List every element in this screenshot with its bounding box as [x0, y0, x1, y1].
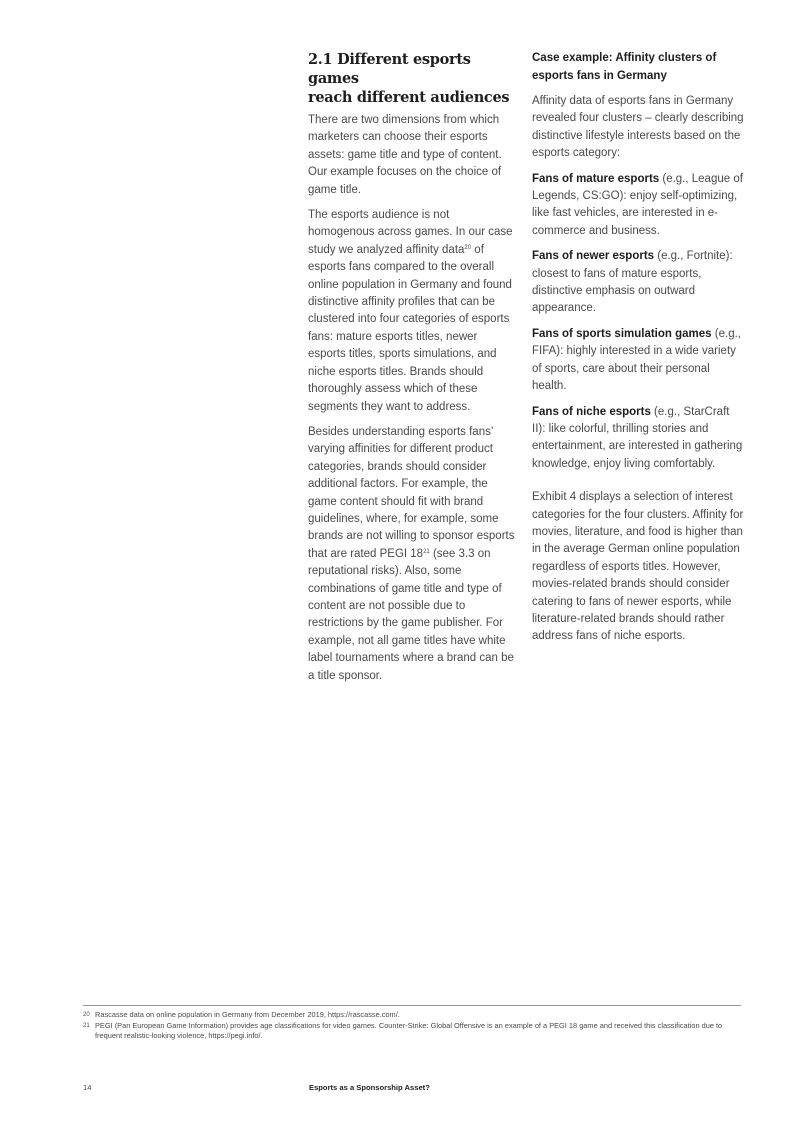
- cluster-mature: Fans of mature esports (e.g., League of …: [532, 171, 744, 241]
- section-heading: 2.1 Different esports games reach differ…: [308, 50, 518, 107]
- cluster-sports-sim: Fans of sports simulation games (e.g., F…: [532, 326, 744, 396]
- cluster-newer: Fans of newer esports (e.g., Fortnite): …: [532, 248, 744, 318]
- paragraph-audience: The esports audience is not homogenous a…: [308, 207, 518, 416]
- heading-line-2: reach different audiences: [308, 89, 509, 106]
- footnote-21: 21 PEGI (Pan European Game Information) …: [83, 1021, 741, 1042]
- case-example-column: Case example: Affinity clusters of espor…: [532, 50, 744, 654]
- paragraph-factors: Besides understanding esports fans’ vary…: [308, 424, 518, 685]
- exhibit-paragraph: Exhibit 4 displays a selection of intere…: [532, 489, 744, 646]
- footnotes: 20 Rascasse data on online population in…: [83, 1005, 741, 1042]
- spacer: [532, 481, 744, 489]
- heading-line-1: 2.1 Different esports games: [308, 51, 471, 87]
- case-intro: Affinity data of esports fans in Germany…: [532, 93, 744, 163]
- footnote-ref-21[interactable]: 21: [423, 549, 430, 555]
- left-column: 2.1 Different esports games reach differ…: [308, 50, 518, 693]
- document-title: Esports as a Sponsorship Asset?: [309, 1083, 430, 1092]
- footnote-20: 20 Rascasse data on online population in…: [83, 1010, 741, 1021]
- case-heading: Case example: Affinity clusters of espor…: [532, 50, 744, 85]
- page-number: 14: [83, 1083, 91, 1092]
- cluster-niche: Fans of niche esports (e.g., StarCraft I…: [532, 404, 744, 474]
- paragraph-dimensions: There are two dimensions from which mark…: [308, 112, 518, 199]
